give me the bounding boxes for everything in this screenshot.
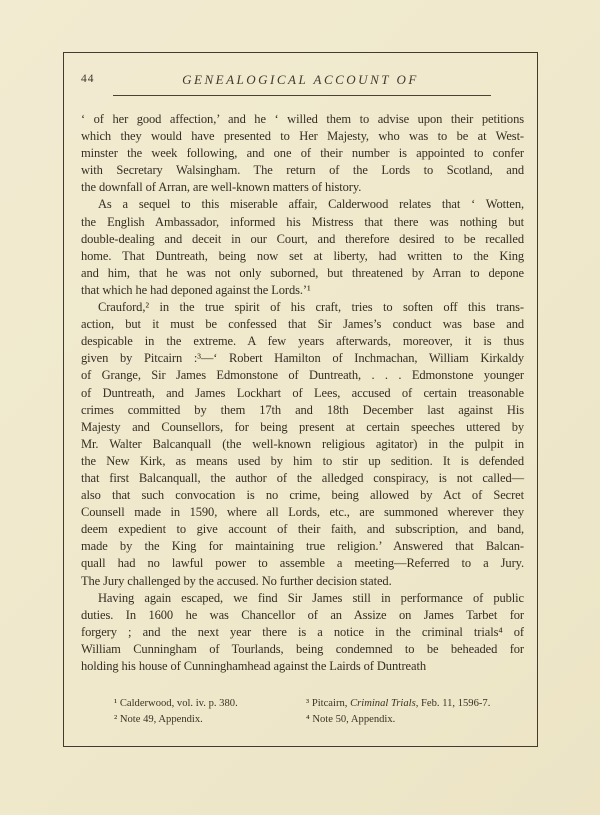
- text-line: the New Kirk, as means used by him to st…: [81, 453, 524, 470]
- footnote-item: ⁴ Note 50, Appendix.: [306, 712, 537, 728]
- text-line: and him, that he was not only suborned, …: [81, 265, 524, 282]
- running-title: GENEALOGICAL ACCOUNT OF: [64, 72, 537, 88]
- footnote-item: ¹ Calderwood, vol. iv. p. 380.: [114, 696, 306, 712]
- text-line: The Jury challenged by the accused. No f…: [81, 573, 524, 590]
- text-line: that first Balcanquall, the author of th…: [81, 470, 524, 487]
- footnotes: ¹ Calderwood, vol. iv. p. 380.² Note 49,…: [114, 696, 537, 727]
- text-line: holding his house of Cunninghamhead agai…: [81, 658, 524, 675]
- text-line: of Grange, Sir James Edmonstone of Duntr…: [81, 367, 524, 384]
- text-line: As a sequel to this miserable affair, Ca…: [81, 196, 524, 213]
- text-line: also that such convocation is no crime, …: [81, 487, 524, 504]
- text-line: action, but it must be confessed that Si…: [81, 316, 524, 333]
- footnote-item: ³ Pitcairn, Criminal Trials, Feb. 11, 15…: [306, 696, 537, 712]
- text-line: the English Ambassador, informed his Mis…: [81, 214, 524, 231]
- text-line: double-dealing and deceit in our Court, …: [81, 231, 524, 248]
- page-number: 44: [81, 73, 95, 85]
- footnotes-left-column: ¹ Calderwood, vol. iv. p. 380.² Note 49,…: [114, 696, 306, 727]
- text-line: ‘ of her good affection,’ and he ‘ wille…: [81, 111, 524, 128]
- text-line: with Secretary Walsingham. The return of…: [81, 162, 524, 179]
- page-frame: 44 GENEALOGICAL ACCOUNT OF ‘ of her good…: [63, 52, 538, 747]
- header-rule: [113, 95, 491, 96]
- footnote-item: ² Note 49, Appendix.: [114, 712, 306, 728]
- text-line: Mr. Walter Balcanquall (the well-known r…: [81, 436, 524, 453]
- text-line: deem expedient to give account of their …: [81, 521, 524, 538]
- text-line: given by Pitcairn :³—‘ Robert Hamilton o…: [81, 350, 524, 367]
- text-line: made by the King for maintaining true re…: [81, 538, 524, 555]
- footnote-italic-title: Criminal Trials: [350, 698, 416, 709]
- text-line: William Cunningham of Tourlands, being c…: [81, 641, 524, 658]
- text-line: Majesty and Counsellors, for being prese…: [81, 419, 524, 436]
- text-line: home. That Duntreath, being now set at l…: [81, 248, 524, 265]
- text-line: Having again escaped, we find Sir James …: [81, 590, 524, 607]
- text-line: crimes committed by them 17th and 18th D…: [81, 402, 524, 419]
- text-line: of Duntreath, and James Lockhart of Lees…: [81, 385, 524, 402]
- text-line: minster the week following, and one of t…: [81, 145, 524, 162]
- body-text: ‘ of her good affection,’ and he ‘ wille…: [81, 111, 524, 675]
- page-header: 44 GENEALOGICAL ACCOUNT OF: [64, 72, 537, 89]
- text-line: the downfall of Arran, are well-known ma…: [81, 179, 524, 196]
- text-line: forgery ; and the next year there is a n…: [81, 624, 524, 641]
- text-line: duties. In 1600 he was Chancellor of an …: [81, 607, 524, 624]
- footnotes-right-column: ³ Pitcairn, Criminal Trials, Feb. 11, 15…: [306, 696, 537, 727]
- text-line: that which he had deponed against the Lo…: [81, 282, 524, 299]
- text-line: Counsell made in 1590, where all Lords, …: [81, 504, 524, 521]
- text-line: Crauford,² in the true spirit of his cra…: [81, 299, 524, 316]
- text-line: quall had no lawful power to assemble a …: [81, 555, 524, 572]
- text-line: which they would have presented to Her M…: [81, 128, 524, 145]
- scanned-book-page: { "page": { "background": "#efe8cc", "in…: [0, 0, 600, 815]
- text-line: despicable in the extreme. A few years a…: [81, 333, 524, 350]
